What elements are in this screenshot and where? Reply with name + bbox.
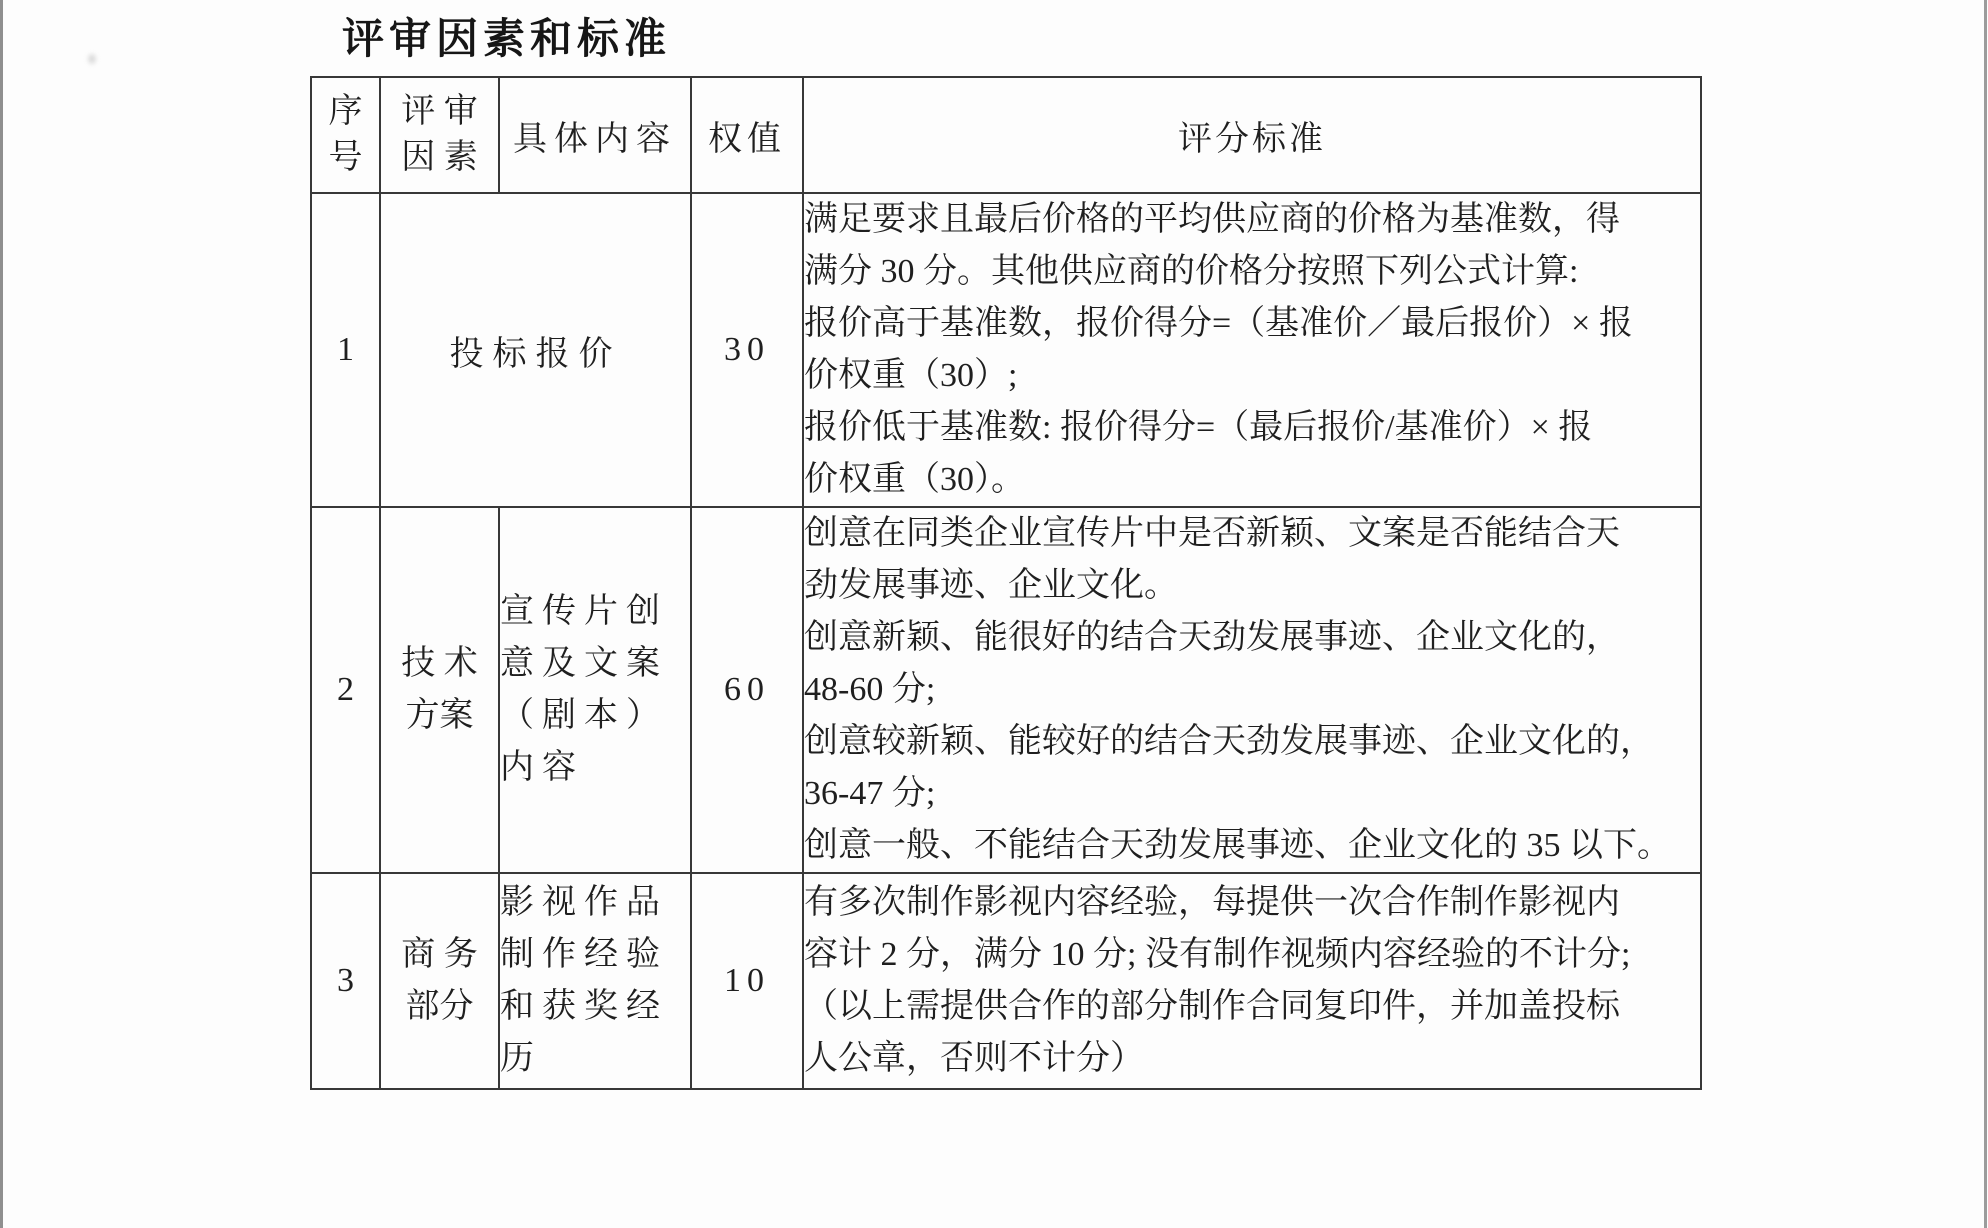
row3-criteria-cell: 有多次制作影视内容经验，每提供一次合作制作影视内 容计 2 分，满分 10 分;… xyxy=(803,873,1701,1089)
page-edge-right xyxy=(1984,0,1987,1228)
row2-content-cell: 宣传片创 意及文案 （剧本） 内容 xyxy=(499,507,691,873)
row3-factor-cell: 商 务 部分 xyxy=(380,873,499,1089)
scanned-document-page: 评审因素和标准 序 号 评 审 因 素 具体内容 权值 评分标准 1 投标报价 … xyxy=(0,0,1988,1228)
table-row-1: 1 投标报价 30 满足要求且最后价格的平均供应商的价格为基准数，得 满分 30… xyxy=(311,193,1701,507)
table-row-2: 2 技 术 方案 宣传片创 意及文案 （剧本） 内容 60 创意在同类企业宣传片… xyxy=(311,507,1701,873)
page-edge-left xyxy=(0,0,3,1228)
header-cell-weight: 权值 xyxy=(691,77,803,193)
page-title: 评审因素和标准 xyxy=(342,6,671,66)
header-cell-criteria: 评分标准 xyxy=(803,77,1701,193)
row1-item-cell: 投标报价 xyxy=(380,193,691,507)
row2-serial-cell: 2 xyxy=(311,507,380,873)
table-row-3: 3 商 务 部分 影视作品 制作经验 和获奖经 历 10 有多次制作影视内容经验… xyxy=(311,873,1701,1089)
row2-factor-cell: 技 术 方案 xyxy=(380,507,499,873)
header-cell-serial-no: 序 号 xyxy=(311,77,380,193)
scan-smudge xyxy=(88,54,96,64)
row2-criteria-cell: 创意在同类企业宣传片中是否新颖、文案是否能结合天 劲发展事迹、企业文化。 创意新… xyxy=(803,507,1701,873)
row2-weight-cell: 60 xyxy=(691,507,803,873)
evaluation-table: 序 号 评 审 因 素 具体内容 权值 评分标准 1 投标报价 30 满足要求且… xyxy=(310,76,1702,1090)
header-cell-content: 具体内容 xyxy=(499,77,691,193)
row3-content-cell: 影视作品 制作经验 和获奖经 历 xyxy=(499,873,691,1089)
header-cell-factor: 评 审 因 素 xyxy=(380,77,499,193)
table-header-row: 序 号 评 审 因 素 具体内容 权值 评分标准 xyxy=(311,77,1701,193)
row1-weight-cell: 30 xyxy=(691,193,803,507)
row3-weight-cell: 10 xyxy=(691,873,803,1089)
row3-serial-cell: 3 xyxy=(311,873,380,1089)
row1-criteria-cell: 满足要求且最后价格的平均供应商的价格为基准数，得 满分 30 分。其他供应商的价… xyxy=(803,193,1701,507)
row1-serial-cell: 1 xyxy=(311,193,380,507)
